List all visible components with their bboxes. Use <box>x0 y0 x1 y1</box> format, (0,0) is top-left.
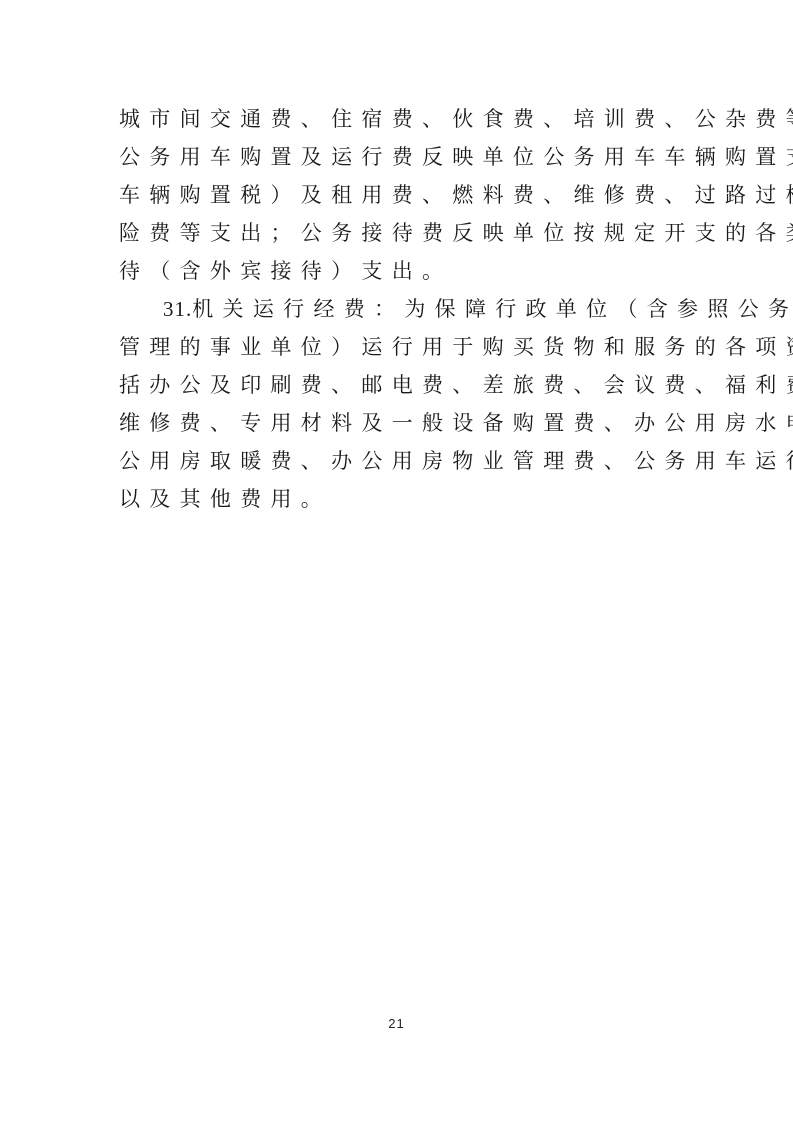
paragraph-item-31: 31.机关运行经费：为保障行政单位（含参照公务员法 管理的事业单位）运行用于购买… <box>119 290 679 518</box>
item-number: 31. <box>163 297 192 321</box>
text-line: 管理的事业单位）运行用于购买货物和服务的各项资金，包 <box>119 328 679 366</box>
text-line: 公务用车购置及运行费反映单位公务用车车辆购置支出（含 <box>119 138 679 176</box>
text-line: 公用房取暖费、办公用房物业管理费、公务用车运行维护费 <box>119 442 679 480</box>
text-line: 城市间交通费、住宿费、伙食费、培训费、公杂费等支出； <box>119 100 679 138</box>
text-line: 车辆购置税）及租用费、燃料费、维修费、过路过桥费、保 <box>119 176 679 214</box>
text-line: 险费等支出；公务接待费反映单位按规定开支的各类公务接 <box>119 214 679 252</box>
text-line: 待（含外宾接待）支出。 <box>119 252 679 290</box>
text-line: 括办公及印刷费、邮电费、差旅费、会议费、福利费、日常 <box>119 366 679 404</box>
item-first-line-text: 机关运行经费：为保障行政单位（含参照公务员法 <box>192 297 793 321</box>
paragraph-continuation: 城市间交通费、住宿费、伙食费、培训费、公杂费等支出； 公务用车购置及运行费反映单… <box>119 100 679 290</box>
text-line-first: 31.机关运行经费：为保障行政单位（含参照公务员法 <box>119 290 679 328</box>
document-page: 城市间交通费、住宿费、伙食费、培训费、公杂费等支出； 公务用车购置及运行费反映单… <box>0 0 793 1122</box>
body-text: 城市间交通费、住宿费、伙食费、培训费、公杂费等支出； 公务用车购置及运行费反映单… <box>119 100 679 518</box>
text-line: 以及其他费用。 <box>119 480 679 518</box>
page-number: 21 <box>0 1016 793 1031</box>
text-line: 维修费、专用材料及一般设备购置费、办公用房水电费、办 <box>119 404 679 442</box>
